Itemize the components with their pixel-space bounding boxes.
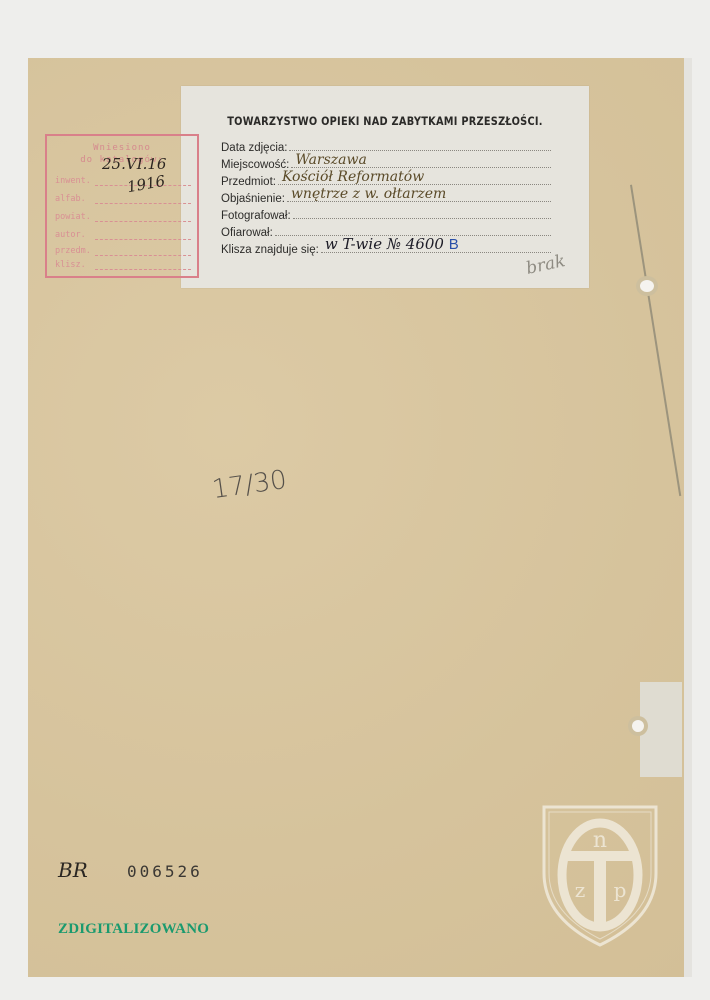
stamp-row: alfab. bbox=[55, 194, 191, 204]
label-title: TOWARZYSTWO OPIEKI NAD ZABYTKAMI PRZESZŁ… bbox=[212, 114, 559, 128]
field-description: Objaśnienie: wnętrze z w. ołtarzem bbox=[221, 189, 551, 207]
svg-text:n: n bbox=[593, 828, 607, 853]
stamp-row: inwent. bbox=[55, 176, 191, 186]
field-negative-location: Klisza znajduje się: w T-wie № 4600 B bbox=[221, 240, 551, 258]
digitized-stamp: ZDIGITALIZOWANO bbox=[58, 921, 209, 938]
field-photographer: Fotografował: bbox=[221, 206, 551, 224]
field-label: Przedmiot: bbox=[221, 176, 276, 188]
inventory-prefix: BR bbox=[58, 858, 88, 882]
stamp-row: klisz. bbox=[55, 260, 191, 270]
punch-hole bbox=[640, 280, 654, 292]
field-value: wnętrze z w. ołtarzem bbox=[291, 186, 446, 202]
field-label: Objaśnienie: bbox=[221, 193, 285, 205]
field-label: Fotografował: bbox=[221, 210, 291, 222]
field-photo-date: Data zdjęcia: bbox=[221, 138, 551, 156]
field-label: Data zdjęcia: bbox=[221, 142, 287, 154]
field-value: Warszawa bbox=[295, 152, 366, 168]
toznp-watermark-icon: n z p bbox=[540, 803, 660, 948]
series-letter: B bbox=[449, 236, 459, 253]
repair-tape bbox=[640, 682, 682, 777]
inventory-number: 006526 bbox=[127, 862, 203, 881]
field-value: w T-wie № 4600 B bbox=[325, 235, 459, 253]
stamp-row: autor. bbox=[55, 230, 191, 240]
field-value: Kościół Reformatów bbox=[282, 169, 424, 185]
field-label: Klisza znajduje się: bbox=[221, 244, 319, 256]
stamp-row: przedm. bbox=[55, 246, 191, 256]
stamp-date: 25.VI.16 bbox=[102, 155, 166, 173]
stamp-row: powiat. bbox=[55, 212, 191, 222]
svg-text:z: z bbox=[575, 878, 586, 902]
svg-text:p: p bbox=[614, 878, 627, 902]
field-label: Ofiarował: bbox=[221, 227, 273, 239]
punch-hole bbox=[632, 720, 644, 732]
field-label: Miejscowość: bbox=[221, 159, 289, 171]
card-edge bbox=[684, 58, 692, 977]
